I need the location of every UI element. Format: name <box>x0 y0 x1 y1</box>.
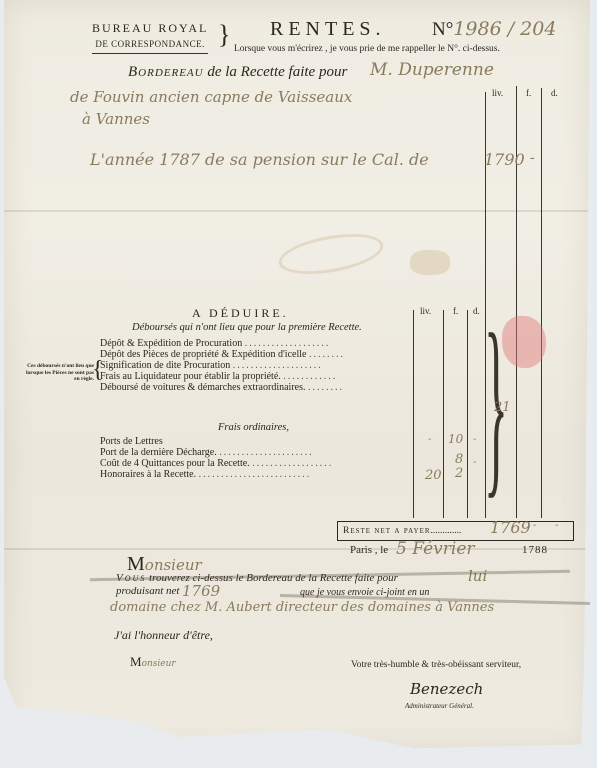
fold-line <box>4 210 590 212</box>
fee-sols-value: 8 <box>455 452 463 467</box>
column-divider <box>541 88 542 518</box>
fee-sols-value: 10 <box>448 432 463 446</box>
dateline-date: 5 Février <box>396 539 475 559</box>
letter-hand-line-3: domaine chez M. Aubert directeur des dom… <box>110 600 494 615</box>
net-livres-value: 1769 <box>490 518 531 537</box>
number-value: 1986 / 204 <box>453 18 556 40</box>
brace-icon: } <box>218 20 230 50</box>
deduction-deniers-header: d. <box>473 306 480 316</box>
bordereau-heading: Bordereau de la Recette faite pour <box>128 64 347 81</box>
column-divider <box>443 310 444 518</box>
dateline-year: 1788 <box>522 544 548 556</box>
column-divider <box>413 310 414 518</box>
signatory-title: Administrateur Général. <box>405 702 474 710</box>
net-dots: ............. <box>431 526 462 536</box>
handwritten-line-3: L'année 1787 de sa pension sur le Cal. d… <box>90 150 429 169</box>
page-title: RENTES. <box>270 18 386 41</box>
letter-line-2-prefix: produisant net <box>116 585 179 597</box>
deduction-item: Déboursé de voitures & démarches extraor… <box>100 382 344 393</box>
net-balance-box: Reste net a payer............. <box>337 521 574 541</box>
instruction-text: Lorsque vous m'écrirez , je vous prie de… <box>234 44 500 54</box>
recipient-name: M. Duperenne <box>370 60 494 80</box>
deduction-sols-header: f. <box>453 306 458 316</box>
fee-livres-value: 20 <box>425 468 442 483</box>
stain-mark <box>410 250 450 275</box>
fee-sols-value: 2 <box>455 466 463 481</box>
deductions-title: A DÉDUIRE. <box>192 306 289 321</box>
ordinary-fee-item: Port de la dernière Décharge. ..........… <box>100 447 314 458</box>
honour-line: J'ai l'honneur d'être, <box>114 628 213 643</box>
net-sols-value: - <box>533 520 536 531</box>
deduction-item: Frais au Liquidateur pour établir la pro… <box>100 371 337 382</box>
column-deniers-header: d. <box>551 88 558 98</box>
fee-deniers-value: - <box>473 457 476 468</box>
fold-line <box>4 548 590 550</box>
closing-salutation: Monsieur <box>130 654 176 670</box>
signature: Benezech <box>410 680 483 698</box>
deduction-item: Dépôt & Expédition de Procuration ......… <box>100 338 330 349</box>
number-label: N° <box>432 19 453 40</box>
bordereau-label-sc: Bordereau <box>128 64 204 80</box>
letter-amount: 1769 <box>182 582 220 600</box>
ordinary-fees-title: Frais ordinaires, <box>218 422 289 433</box>
column-divider <box>467 310 468 518</box>
handwritten-line-1: de Fouvin ancien capne de Vaisseaux <box>70 88 352 106</box>
column-livres-header: liv. <box>492 88 503 98</box>
red-wax-seal <box>502 316 546 368</box>
fee-deniers-value: - <box>473 434 476 445</box>
brace-icon: { <box>92 357 104 383</box>
servant-line: Votre très-humble & très-obéissant servi… <box>351 660 521 670</box>
handwritten-line-2: à Vannes <box>82 110 150 128</box>
ordinary-fee-item: Coût de 4 Quittances pour la Recette. ..… <box>100 458 333 469</box>
net-deniers-value: - <box>555 520 558 531</box>
bordereau-label-rest: de la Recette faite pour <box>204 64 348 80</box>
document-number: N°1986 / 204 <box>432 18 556 41</box>
ordinary-fee-item: Ports de Lettres <box>100 436 163 447</box>
letter-hand-1: lui <box>468 567 487 585</box>
deduction-item: Signification de dite Procuration ......… <box>100 360 323 371</box>
gross-amount-sols: - <box>530 150 535 166</box>
net-balance-label: Reste net a payer <box>343 526 431 536</box>
dateline-place: Paris , le <box>350 544 388 556</box>
first-receipt-title: Déboursés qui n'ont lieu que pour la pre… <box>132 322 362 333</box>
fee-livres-value: - <box>428 434 431 445</box>
deduction-item: Dépôt des Pièces de propriété & Expéditi… <box>100 349 345 360</box>
deduction-livres-header: liv. <box>420 306 431 316</box>
bracket-total: 21 <box>494 400 511 415</box>
side-note: Ces déboursés n'ont lieu que lorsque les… <box>24 363 94 383</box>
bureau-heading: BUREAU ROYAL DE CORRESPONDANCE. <box>92 20 208 54</box>
bureau-line-1: BUREAU ROYAL <box>92 20 208 36</box>
column-sols-header: f. <box>526 88 531 98</box>
ordinary-fee-item: Honoraires à la Recette. ...............… <box>100 469 311 480</box>
bureau-line-2: DE CORRESPONDANCE. <box>92 36 208 54</box>
gross-amount-livres: 1790 <box>484 150 525 169</box>
